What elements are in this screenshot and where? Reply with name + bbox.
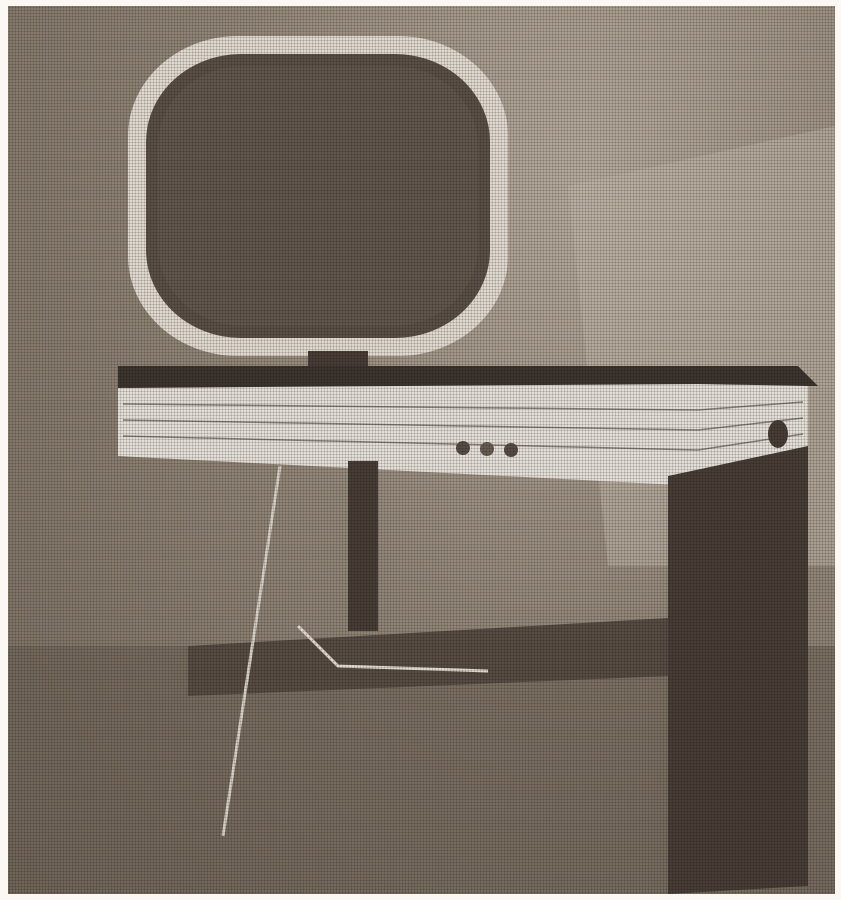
knob-1 [456, 441, 470, 455]
television-screen [128, 36, 508, 356]
tv-scene [8, 6, 835, 894]
cabinet-side-panel [668, 446, 808, 894]
photo-frame: Vintage halftone photograph of a mid-cen… [0, 0, 841, 900]
side-knob [768, 420, 788, 448]
knob-3 [504, 443, 518, 457]
vintage-tv-photo [8, 6, 835, 894]
knob-2 [480, 442, 494, 456]
